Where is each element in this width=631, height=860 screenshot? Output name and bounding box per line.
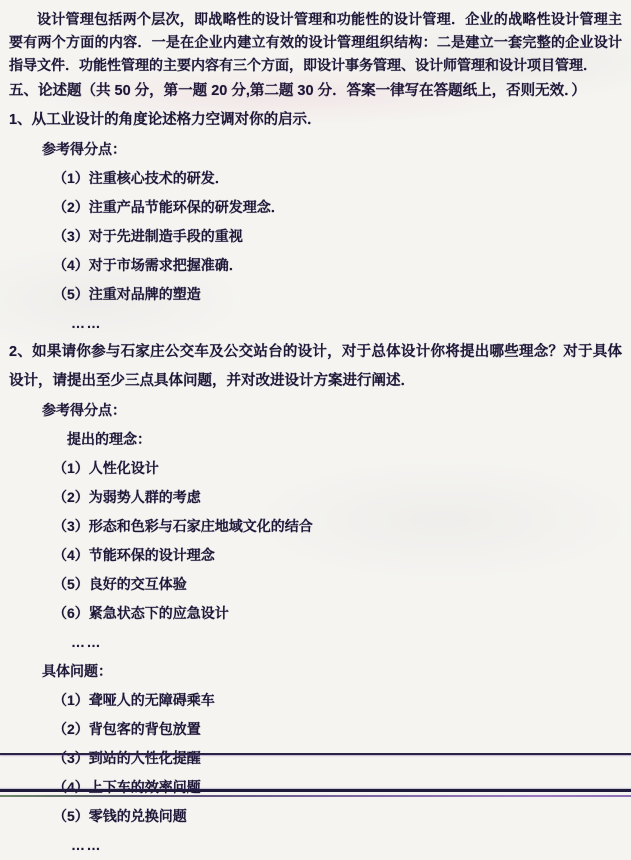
score-point-item: （2）注重产品节能环保的研发理念． [9,193,622,222]
ellipsis-mark: …… [9,831,622,860]
ellipsis-mark: …… [9,309,622,338]
concept-item: （5）良好的交互体验 [9,570,622,599]
concept-item: （4）节能环保的设计理念 [9,541,622,570]
concept-item: （1）人性化设计 [9,454,622,483]
ellipsis-mark: …… [9,628,622,657]
problem-item: （5）零钱的兑换问题 [9,802,622,831]
page-content: 设计管理包括两个层次，即战略性的设计管理和功能性的设计管理．企业的战略性设计管理… [0,0,631,860]
score-point-item: （3）对于先进制造手段的重视 [9,222,622,251]
scanned-exam-page: 设计管理包括两个层次，即战略性的设计管理和功能性的设计管理．企业的战略性设计管理… [0,0,631,860]
score-point-item: （1）注重核心技术的研发． [9,164,622,193]
concept-item: （3）形态和色彩与石家庄地域文化的结合 [9,512,622,541]
question-1-title: 1、从工业设计的角度论述格力空调对你的启示． [9,106,622,135]
specific-problems-label: 具体问题： [9,657,622,686]
problem-item: （1）聋哑人的无障碍乘车 [9,686,622,715]
intro-paragraph: 设计管理包括两个层次，即战略性的设计管理和功能性的设计管理．企业的战略性设计管理… [9,8,622,77]
problem-item: （4）上下车的效率问题 [9,773,622,802]
problem-item: （2）背包客的背包放置 [9,715,622,744]
score-point-item: （4）对于市场需求把握准确． [9,251,622,280]
concept-item: （2）为弱势人群的考虑 [9,483,622,512]
question-1-score-points-label: 参考得分点： [9,135,622,164]
section-5-header: 五、论述题（共 50 分，第一题 20 分,第二题 30 分．答案一律写在答题纸… [9,77,622,106]
score-point-item: （5）注重对品牌的塑造 [9,280,622,309]
question-2-score-points-label: 参考得分点： [9,396,622,425]
concept-item: （6）紧急状态下的应急设计 [9,599,622,628]
problem-item: （3）到站的人性化提醒 [9,744,622,773]
question-2-title: 2、如果请你参与石家庄公交车及公交站台的设计，对于总体设计你将提出哪些理念？对于… [9,338,622,396]
concepts-label: 提出的理念： [9,425,622,454]
